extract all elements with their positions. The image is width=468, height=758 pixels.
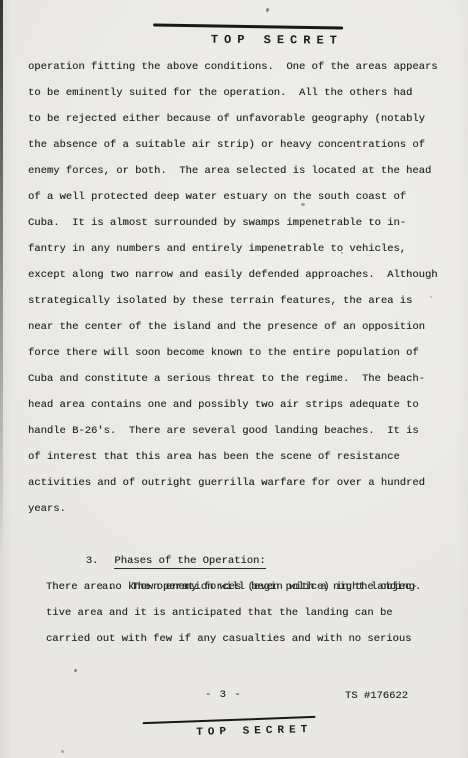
body-line: except along two narrow and easily defen… (28, 262, 453, 288)
body-line: handle B-26's. There are several good la… (28, 418, 453, 444)
body-line: Cuba. It is almost surrounded by swamps … (28, 210, 453, 236)
scan-speck (74, 669, 77, 672)
page-number: - 3 - (205, 689, 242, 701)
section-title: Phases of the Operation: (114, 555, 265, 569)
body-line: to be rejected either because of unfavor… (28, 106, 453, 132)
body-line: to be eminently suited for the operation… (28, 80, 453, 106)
scan-edge-shadow (0, 0, 3, 560)
body-line: force there will soon become known to th… (28, 340, 453, 366)
classification-stamp-bottom-text: TOP SECRET (196, 724, 312, 739)
document-body: operation fitting the above conditions. … (28, 54, 453, 652)
body-line: near the center of the island and the pr… (28, 314, 453, 340)
classification-stamp-top-text: TOP SECRET (211, 33, 343, 48)
scanned-document-page: TOP SECRET operation fitting the above c… (0, 0, 468, 758)
body-line: Cuba and constitute a serious threat to … (28, 366, 453, 392)
subsection-line: tive area and it is anticipated that the… (28, 600, 453, 626)
body-line: the absence of a suitable air strip) or … (28, 132, 453, 158)
scan-speck (61, 750, 64, 753)
subsection-line: carried out with few if any casualties a… (28, 626, 453, 652)
scan-speck (430, 296, 432, 298)
body-line: of a well protected deep water estuary o… (28, 184, 453, 210)
document-control-number: TS #176622 (345, 690, 408, 702)
section-heading: 3.Phases of the Operation: (28, 522, 453, 548)
body-line: head area contains one and possibly two … (28, 392, 453, 418)
body-line: years. (28, 496, 453, 522)
body-line: enemy forces, or both. The area selected… (28, 158, 453, 184)
strikethrough-line (143, 716, 316, 725)
scan-speck (341, 252, 343, 254)
scan-speck (301, 203, 305, 206)
scan-speck (265, 8, 269, 13)
body-line: operation fitting the above conditions. … (28, 54, 453, 80)
body-line: activities and of outright guerrilla war… (28, 470, 453, 496)
classification-stamp-bottom: TOP SECRET (149, 712, 313, 758)
strikethrough-line (153, 23, 343, 29)
body-line: of interest that this area has been the … (28, 444, 453, 470)
subsection-line: There are no known enemy forces (even po… (28, 574, 453, 600)
body-line: strategically isolated by these terrain … (28, 288, 453, 314)
body-line: fantry in any numbers and entirely impen… (28, 236, 453, 262)
section-number: 3. (86, 555, 99, 567)
